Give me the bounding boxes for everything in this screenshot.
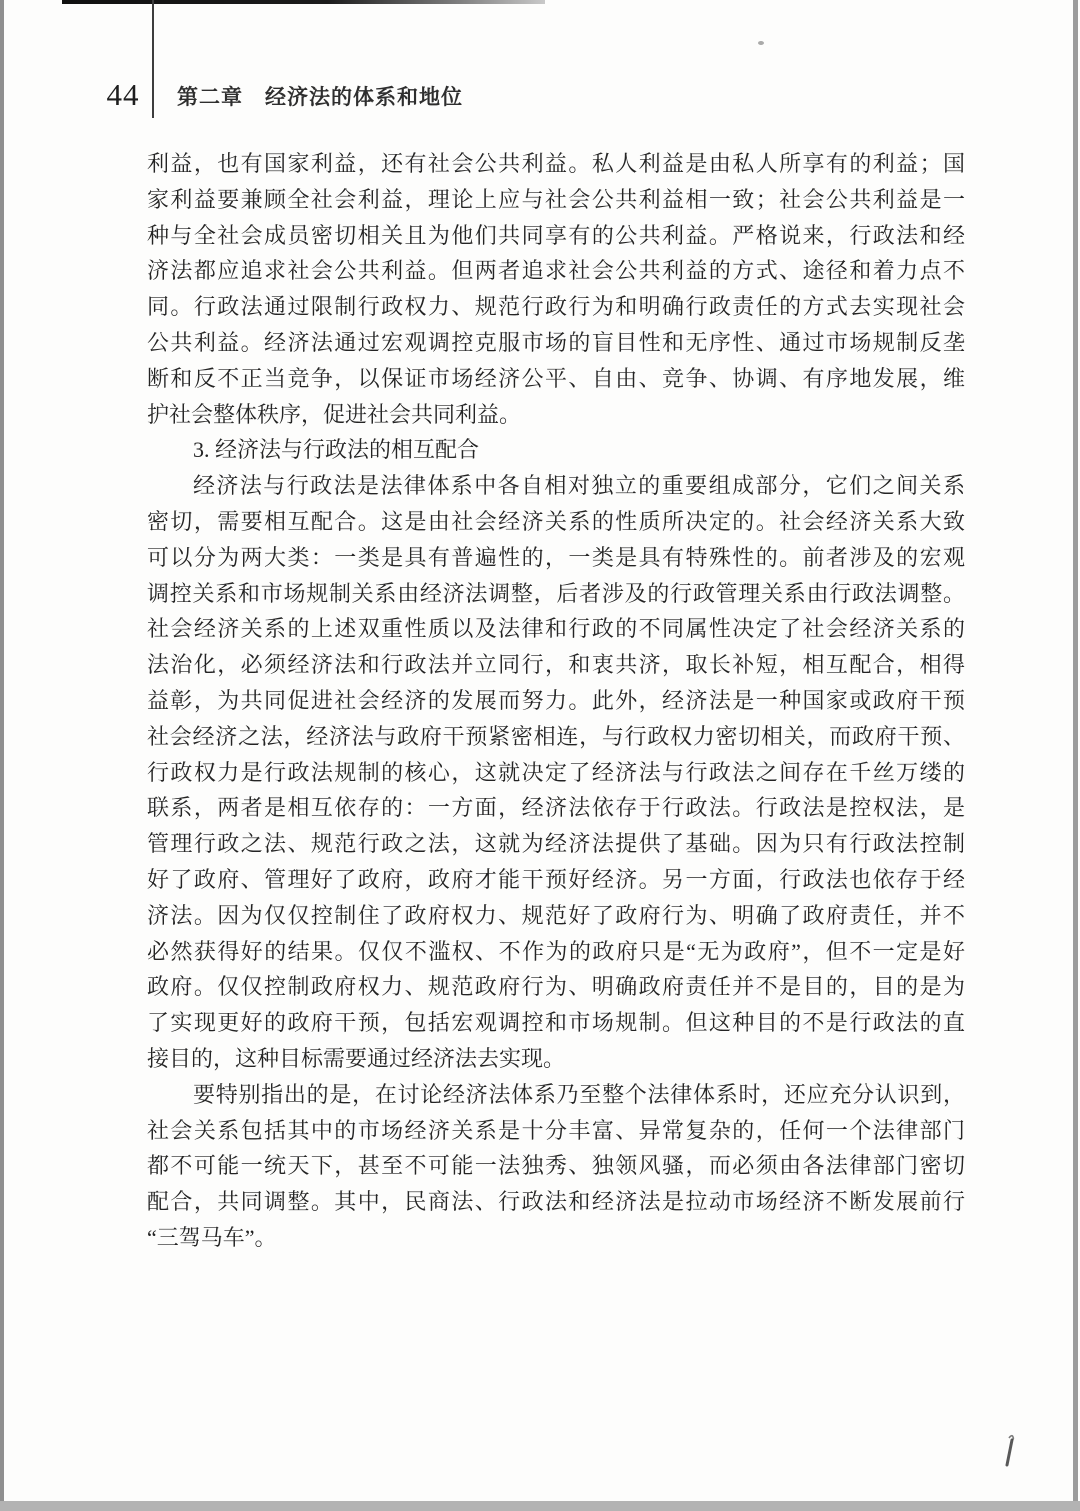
text-line: 利益，也有国家利益，还有社会公共利益。私人利益是由私人所享有的利益；国 (147, 146, 965, 182)
text-line: 联系，两者是相互依存的：一方面，经济法依存于行政法。行政法是控权法，是 (147, 790, 965, 826)
scan-left-edge (0, 0, 4, 1511)
text-line: 可以分为两大类：一类是具有普遍性的，一类是具有特殊性的。前者涉及的宏观 (147, 540, 965, 576)
text-line: 社会经济之法，经济法与政府干预紧密相连，与行政权力密切相关，而政府干预、 (147, 719, 965, 755)
text-line: 必然获得好的结果。仅仅不滥权、不作为的政府只是“无为政府”，但不一定是好 (147, 934, 965, 970)
text-line: 社会经济关系的上述双重性质以及法律和行政的不同属性决定了社会经济关系的 (147, 611, 965, 647)
text-line: 政府。仅仅控制政府权力、规范政府行为、明确政府责任并不是目的，目的是为 (147, 969, 965, 1005)
text-line: 家利益要兼顾全社会利益，理论上应与社会公共利益相一致；社会公共利益是一 (147, 182, 965, 218)
text-line: 密切，需要相互配合。这是由社会经济关系的性质所决定的。社会经济关系大致 (147, 504, 965, 540)
text-line: 益彰，为共同促进社会经济的发展而努力。此外，经济法是一种国家或政府干预 (147, 683, 965, 719)
pen-mark (996, 1428, 1024, 1476)
text-line: 护社会整体秩序，促进社会共同利益。 (147, 397, 965, 433)
chapter-header: 第二章 经济法的体系和地位 (177, 85, 463, 111)
section-heading: 3. 经济法与行政法的相互配合 (147, 432, 965, 468)
text-line: 济法都应追求社会公共利益。但两者追求社会公共利益的方式、途径和着力点不 (147, 253, 965, 289)
page-body-text: 利益，也有国家利益，还有社会公共利益。私人利益是由私人所享有的利益；国 家利益要… (147, 146, 965, 1256)
text-line: 调控关系和市场规制关系由经济法调整，后者涉及的行政管理关系由行政法调整。 (147, 576, 965, 612)
text-line: 都不可能一统天下，甚至不可能一法独秀、独领风骚，而必须由各法律部门密切 (147, 1148, 965, 1184)
scan-right-edge (1073, 0, 1078, 1511)
text-line: 配合，共同调整。其中，民商法、行政法和经济法是拉动市场经济不断发展前行 (147, 1184, 965, 1220)
text-line: 种与全社会成员密切相关且为他们共同享有的公共利益。严格说来，行政法和经 (147, 218, 965, 254)
text-line: 好了政府、管理好了政府，政府才能干预好经济。另一方面，行政法也依存于经 (147, 862, 965, 898)
text-line: 要特别指出的是，在讨论经济法体系乃至整个法律体系时，还应充分认识到， (147, 1077, 965, 1113)
text-line: 断和反不正当竞争，以保证市场经济公平、自由、竞争、协调、有序地发展，维 (147, 361, 965, 397)
page-number: 44 (100, 78, 146, 112)
text-line: 同。行政法通过限制行政权力、规范行政行为和明确行政责任的方式去实现社会 (147, 289, 965, 325)
scanned-book-page: 44 第二章 经济法的体系和地位 利益，也有国家利益，还有社会公共利益。私人利益… (0, 0, 1080, 1511)
text-line: “三驾马车”。 (147, 1220, 965, 1256)
text-line: 济法。因为仅仅控制住了政府权力、规范好了政府行为、明确了政府责任，并不 (147, 898, 965, 934)
text-line: 管理行政之法、规范行政之法，这就为经济法提供了基础。因为只有行政法控制 (147, 826, 965, 862)
text-line: 法治化，必须经济法和行政法并立同行，和衷共济，取长补短，相互配合，相得 (147, 647, 965, 683)
text-line: 公共利益。经济法通过宏观调控克服市场的盲目性和无序性、通过市场规制反垄 (147, 325, 965, 361)
text-line: 经济法与行政法是法律体系中各自相对独立的重要组成部分，它们之间关系 (147, 468, 965, 504)
header-divider-line (152, 0, 154, 118)
text-line: 社会关系包括其中的市场经济关系是十分丰富、异常复杂的，任何一个法律部门 (147, 1113, 965, 1149)
scan-bottom-edge (0, 1501, 1080, 1511)
ink-speck (758, 41, 764, 45)
scan-top-edge-bar (62, 0, 545, 4)
text-line: 接目的，这种目标需要通过经济法去实现。 (147, 1041, 965, 1077)
text-line: 行政权力是行政法规制的核心，这就决定了经济法与行政法之间存在千丝万缕的 (147, 755, 965, 791)
text-line: 了实现更好的政府干预，包括宏观调控和市场规制。但这种目的不是行政法的直 (147, 1005, 965, 1041)
